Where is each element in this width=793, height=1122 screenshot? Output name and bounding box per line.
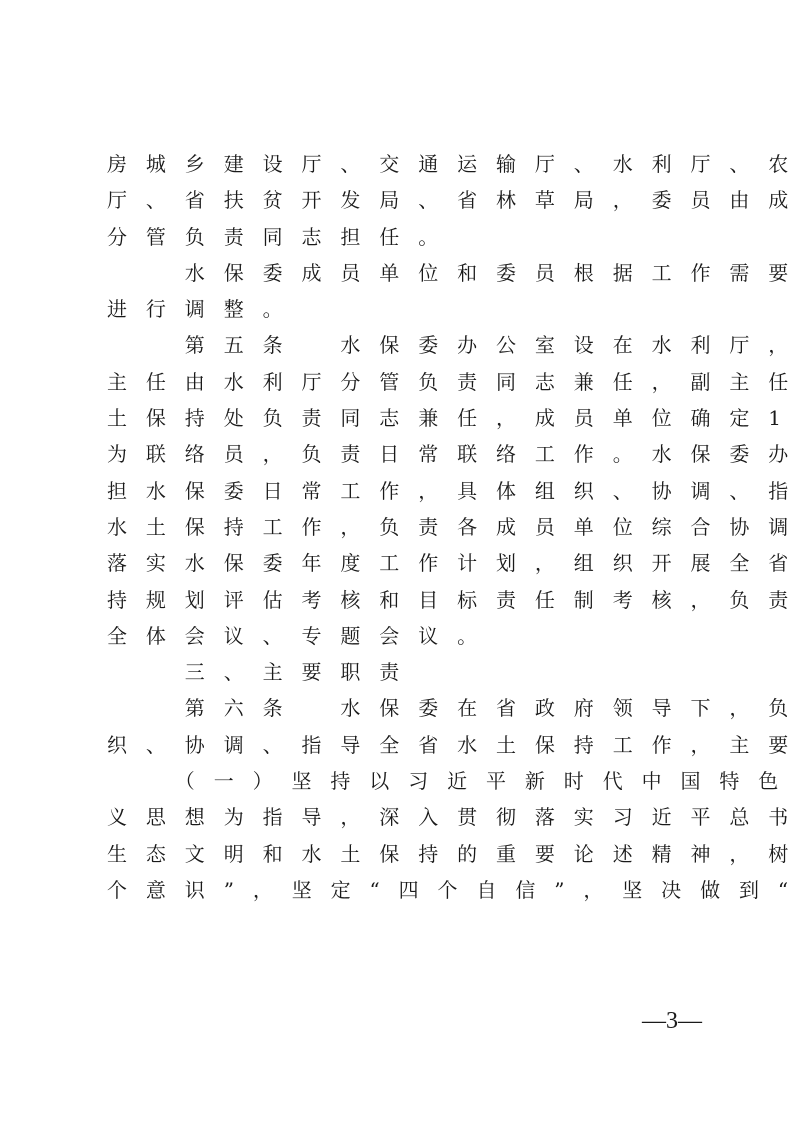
text-line: 担水保委日常工作，具体组织、协调、指导全省 bbox=[107, 473, 691, 509]
text-line: 土保持处负责同志兼任，成员单位确定1名同志 bbox=[107, 400, 691, 436]
text-line: 全体会议、专题会议。 bbox=[107, 618, 691, 654]
text-line: 落实水保委年度工作计划，组织开展全省水土保 bbox=[107, 545, 691, 581]
text-line: 房城乡建设厅、交通运输厅、水利厅、农业农村 bbox=[107, 146, 691, 182]
text-line: 厅、省扶贫开发局、省林草局，委员由成员单位 bbox=[107, 182, 691, 218]
item-1-line: （一）坚持以习近平新时代中国特色社会主 bbox=[107, 763, 691, 799]
article-5-line: 第五条 水保委办公室设在水利厅，办公室 bbox=[107, 327, 691, 363]
text-line: 主任由水利厅分管负责同志兼任，副主任由厅水 bbox=[107, 364, 691, 400]
document-page: 房城乡建设厅、交通运输厅、水利厅、农业农村 厅、省扶贫开发局、省林草局，委员由成… bbox=[0, 0, 793, 1122]
text-line: 织、协调、指导全省水土保持工作，主要职责是： bbox=[107, 727, 691, 763]
text-line: 分管负责同志担任。 bbox=[107, 219, 691, 255]
section-heading: 三、主要职责 bbox=[107, 654, 691, 690]
text-line: 进行调整。 bbox=[107, 291, 691, 327]
text-line: 水土保持工作，负责各成员单位综合协调工作， bbox=[107, 509, 691, 545]
text-line: 生态文明和水土保持的重要论述精神，树牢“四 bbox=[107, 836, 691, 872]
article-6-line: 第六条 水保委在省政府领导下，负责组 bbox=[107, 690, 691, 726]
body-text: 房城乡建设厅、交通运输厅、水利厅、农业农村 厅、省扶贫开发局、省林草局，委员由成… bbox=[107, 146, 691, 908]
text-line: 水保委成员单位和委员根据工作需要适时 bbox=[107, 255, 691, 291]
text-line: 持规划评估考核和目标责任制考核，负责水保委 bbox=[107, 582, 691, 618]
text-line: 义思想为指导，深入贯彻落实习近平总书记关于 bbox=[107, 799, 691, 835]
text-line: 个意识”，坚定“四个自信”，坚决做到“两个 bbox=[107, 872, 691, 908]
text-line: 为联络员，负责日常联络工作。水保委办公室承 bbox=[107, 436, 691, 472]
page-number: —3— bbox=[642, 1008, 702, 1035]
